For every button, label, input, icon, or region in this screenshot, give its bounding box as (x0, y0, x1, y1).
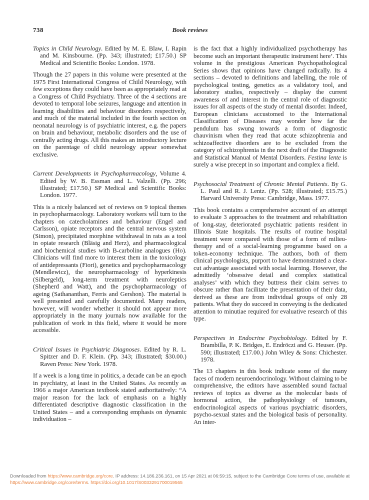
latin-phrase: Festina lente (308, 154, 341, 161)
cambridge-core-footer: Downloaded from https://www.cambridge.or… (10, 473, 362, 486)
book-title: Critical Issues in Psychiatric Diagnoses (33, 346, 140, 353)
review-paragraph: The 13 chapters in this book indicate so… (194, 368, 348, 426)
scanned-journal-page: 738 Book reviews Topics in Child Neurolo… (0, 0, 369, 500)
right-column: is the fact that a highly individualized… (194, 45, 348, 426)
book-title: Psychosocial Treatment of Chronic Mental… (194, 180, 328, 187)
two-column-text: Topics in Child Neurology. Edited by M. … (33, 45, 347, 426)
page-content: 738 Book reviews Topics in Child Neurolo… (33, 26, 347, 426)
review-paragraph: This is a nicely balanced set of reviews… (33, 203, 187, 334)
running-head-title: Book reviews (33, 26, 347, 34)
book-title: Current Developments in Psychopharmacolo… (33, 170, 156, 177)
cambridge-core-link[interactable]: https://www.cambridge.org/core (48, 474, 113, 479)
review-paragraph: This book contains a comprehensive accou… (194, 206, 348, 322)
terms-of-use-link[interactable]: https://www.cambridge.org/core/terms (10, 480, 88, 485)
footer-line-2: https://www.cambridge.org/core/terms. ht… (10, 480, 362, 487)
book-title: Topics in Child Neurology (33, 45, 101, 52)
book-citation: Topics in Child Neurology. Edited by M. … (33, 45, 187, 67)
review-paragraph: Though the 27 papers in this volume were… (33, 71, 187, 158)
footer-text: Downloaded from (10, 474, 48, 479)
book-citation: Perspectives in Endocrine Psychobiology.… (194, 334, 348, 363)
footer-text: . IP address: 14.186.236.161, on 15 Apr … (113, 474, 350, 479)
running-header: 738 Book reviews (33, 26, 347, 34)
review-paragraph-continuation: is the fact that a highly individualized… (194, 45, 348, 168)
doi-link[interactable]: https://doi.org/10.1017/S003329170001956… (91, 480, 183, 485)
book-citation: Psychosocial Treatment of Chronic Mental… (194, 180, 348, 202)
review-text: is the fact that a highly individualized… (194, 45, 348, 161)
book-citation: Current Developments in Psychopharmacolo… (33, 170, 187, 199)
left-column: Topics in Child Neurology. Edited by M. … (33, 45, 187, 426)
book-citation: Critical Issues in Psychiatric Diagnoses… (33, 346, 187, 368)
book-title: Perspectives in Endocrine Psychobiology (194, 334, 306, 341)
review-paragraph: If a week is a long time in politics, a … (33, 372, 187, 423)
